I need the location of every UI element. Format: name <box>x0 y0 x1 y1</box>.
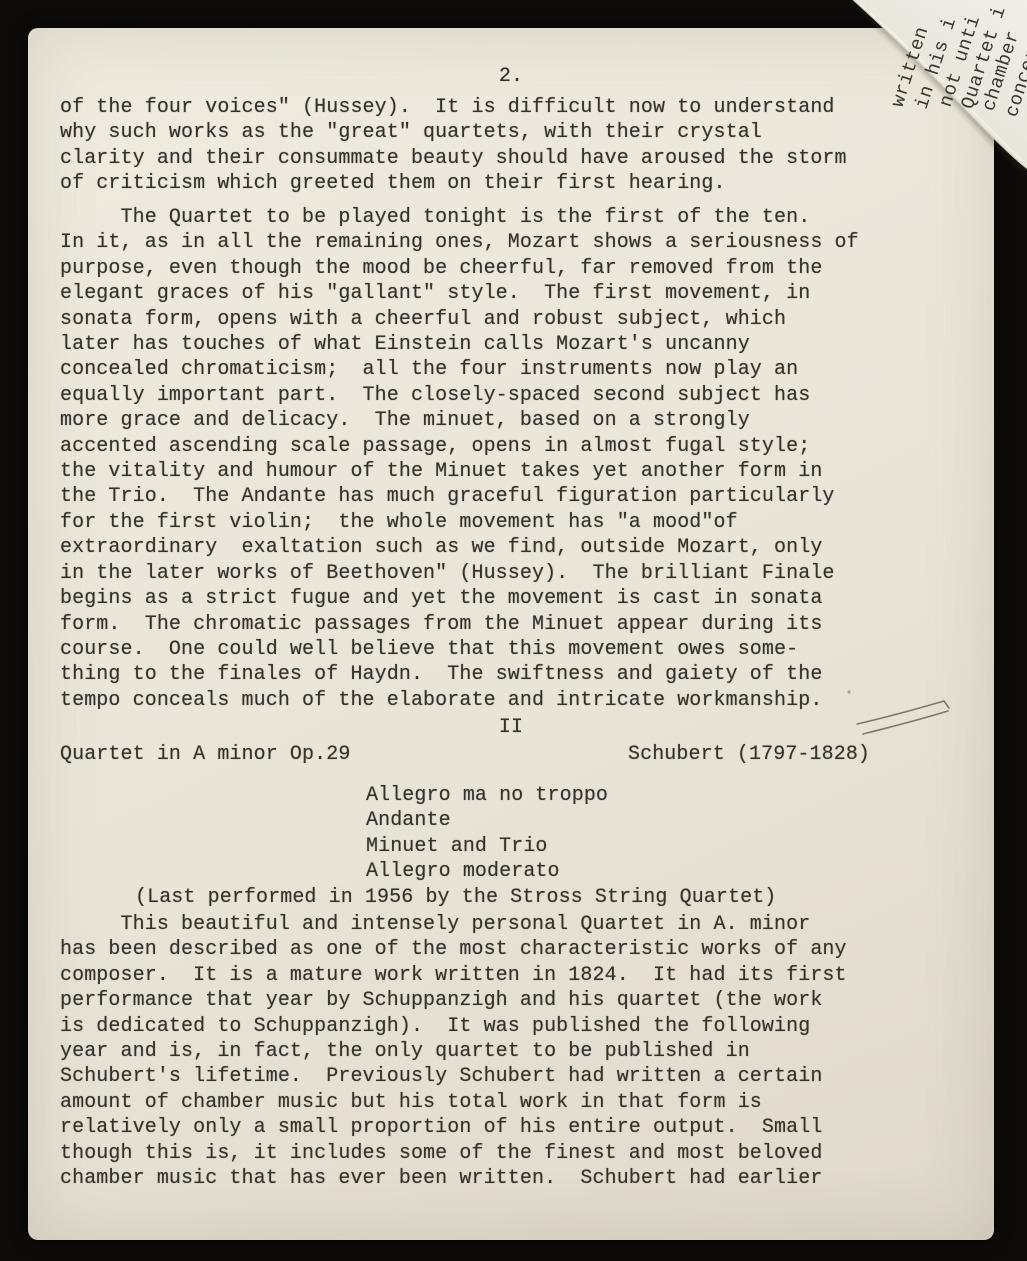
text-line: accented ascending scale passage, opens … <box>60 434 859 459</box>
text-line: the Trio. The Andante has much graceful … <box>60 484 859 509</box>
text-line: equally important part. The closely-spac… <box>60 383 859 408</box>
movements-list: Allegro ma no troppoAndanteMinuet and Tr… <box>366 783 608 885</box>
text-line: in the later works of Beethoven" (Hussey… <box>60 561 859 586</box>
text-line: though this is, it includes some of the … <box>60 1141 847 1166</box>
paragraph-schubert: This beautiful and intensely personal Qu… <box>60 912 847 1191</box>
text-line: chamber music that has ever been written… <box>60 1166 847 1191</box>
text-line: concealed chromaticism; all the four ins… <box>60 357 859 382</box>
performance-note: (Last performed in 1956 by the Stross St… <box>135 885 776 910</box>
text-line: relatively only a small proportion of hi… <box>60 1115 847 1140</box>
work-title: Quartet in A minor Op.29 <box>60 742 350 767</box>
text-line: This beautiful and intensely personal Qu… <box>60 912 847 937</box>
section-numeral: II <box>43 715 979 740</box>
folded-text-fragment: concer <box>1001 45 1027 120</box>
movement-item: Allegro ma no troppo <box>366 783 608 808</box>
text-line: form. The chromatic passages from the Mi… <box>60 612 859 637</box>
text-line: begins as a strict fugue and yet the mov… <box>60 586 859 611</box>
text-line: is dedicated to Schuppanzigh). It was pu… <box>60 1014 847 1039</box>
text-line: course. One could well believe that this… <box>60 637 859 662</box>
text-line: composer. It is a mature work written in… <box>60 963 847 988</box>
program-page: 2. of the four voices" (Hussey). It is d… <box>28 28 994 1240</box>
text-line: Schubert's lifetime. Previously Schubert… <box>60 1064 847 1089</box>
text-line: The Quartet to be played tonight is the … <box>60 205 859 230</box>
text-line: more grace and delicacy. The minuet, bas… <box>60 408 859 433</box>
scanned-document-photo: 2. of the four voices" (Hussey). It is d… <box>0 0 1027 1261</box>
text-line: tempo conceals much of the elaborate and… <box>60 688 859 713</box>
paragraph-mozart-intro: of the four voices" (Hussey). It is diff… <box>60 95 847 197</box>
text-line: has been described as one of the most ch… <box>60 937 847 962</box>
text-line: later has touches of what Einstein calls… <box>60 332 859 357</box>
text-line: extraordinary exaltation such as we find… <box>60 535 859 560</box>
text-line: clarity and their consummate beauty shou… <box>60 146 847 171</box>
paragraph-mozart-analysis: The Quartet to be played tonight is the … <box>60 205 859 713</box>
movement-item: Minuet and Trio <box>366 834 608 859</box>
page-number: 2. <box>43 64 979 89</box>
text-line: purpose, even though the mood be cheerfu… <box>60 256 859 281</box>
text-line: amount of chamber music but his total wo… <box>60 1090 847 1115</box>
text-line: year and is, in fact, the only quartet t… <box>60 1039 847 1064</box>
text-line: the vitality and humour of the Minuet ta… <box>60 459 859 484</box>
text-line: of criticism which greeted them on their… <box>60 171 847 196</box>
text-line: elegant graces of his "gallant" style. T… <box>60 281 859 306</box>
composer-dates: Schubert (1797-1828) <box>628 742 870 767</box>
movement-item: Andante <box>366 808 608 833</box>
text-line: In it, as in all the remaining ones, Moz… <box>60 230 859 255</box>
text-line: why such works as the "great" quartets, … <box>60 120 847 145</box>
text-line: sonata form, opens with a cheerful and r… <box>60 307 859 332</box>
text-line: performance that year by Schuppanzigh an… <box>60 988 847 1013</box>
movement-item: Allegro moderato <box>366 859 608 884</box>
text-line: of the four voices" (Hussey). It is diff… <box>60 95 847 120</box>
text-line: for the first violin; the whole movement… <box>60 510 859 535</box>
text-line: thing to the finales of Haydn. The swift… <box>60 662 859 687</box>
